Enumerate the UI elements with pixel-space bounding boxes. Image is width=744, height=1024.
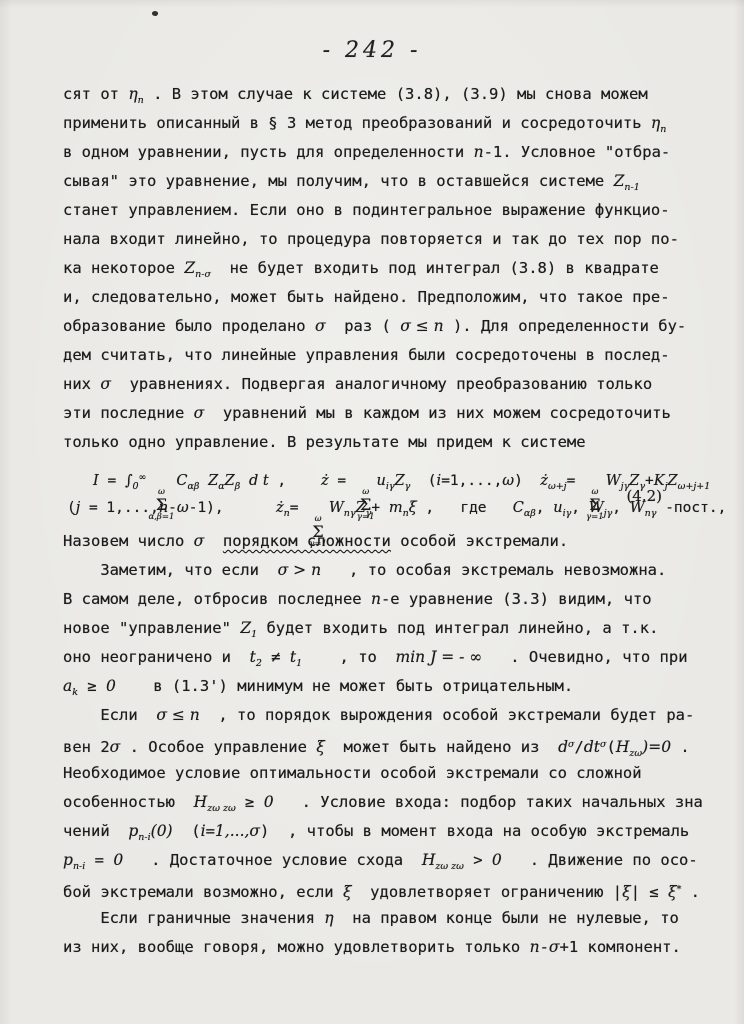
text-line: оно неограничено и t2 ≠ t1 , то min J = … (63, 643, 714, 672)
text-line: и, следовательно, может быть найдено. Пр… (63, 283, 714, 312)
text-line: бой экстремали возможно, если ξ удовлетв… (63, 875, 714, 904)
wavy-line-post: особой экстремали. (391, 532, 568, 550)
text-line: образование было проделано σ раз ( σ ≤ n… (63, 312, 714, 341)
text-line: ak ≥ 0 в (1.3') минимум не может быть от… (63, 672, 714, 701)
text-line: новое "управление" Z1 будет входить под … (63, 614, 714, 643)
text-line-wavy: Назовем число σ порядком сложности особо… (63, 527, 714, 556)
text-line: из них, вообще говоря, можно удовлетвори… (63, 933, 714, 962)
text-line: нала входит линейно, то процедура повтор… (63, 225, 714, 254)
text-line: сят от ηn . В этом случае к системе (3.8… (63, 80, 714, 109)
text-line: Необходимое условие оптимальности особой… (63, 759, 714, 788)
text-line: в одном уравнении, пусть для определенно… (63, 138, 714, 167)
text-line: них σ уравнениях. Подвергая аналогичному… (63, 370, 714, 399)
text-line: применить описанный в § 3 метод преобраз… (63, 109, 714, 138)
text-line: чений pn-i(0) (i=1,...,σ) , чтобы в моме… (63, 817, 714, 846)
text-line: ка некоторое Zn-σ не будет входить под и… (63, 254, 714, 283)
wavy-underlined-term: порядком сложности (223, 532, 391, 550)
text-line: Заметим, что если σ > n , то особая экст… (63, 556, 714, 585)
equation-4-2-block: I = ∫0∞ωΣα,β=1Cαβ ZαZβ d t , ż = ωΣγ=1ui… (63, 457, 714, 527)
text-line: В самом деле, отбросив последнее n-е ура… (63, 585, 714, 614)
text-line: Если граничные значения η на правом конц… (63, 904, 714, 933)
formula-line-2: (j = 1,...,n-ω-1), żn= ωΣγ=1WnγZγ+ mnξ ,… (67, 493, 714, 524)
text-line: эти последние σ уравнений мы в каждом из… (63, 399, 714, 428)
manuscript-text: сят от ηn . В этом случае к системе (3.8… (0, 63, 744, 962)
text-line: особенностью Hzω zω ≥ 0 . Условие входа:… (63, 788, 714, 817)
page-number: - 242 - (0, 0, 744, 63)
text-line: дем считать, что линейные управления был… (63, 341, 714, 370)
text-line: сывая" это уравнение, мы получим, что в … (63, 167, 714, 196)
text-line: Если σ ≤ n , то порядок вырождения особо… (63, 701, 714, 730)
wavy-line-pre: Назовем число σ (63, 532, 223, 550)
text-line: вен 2σ . Особое управление ξ может быть … (63, 730, 714, 759)
text-line: pn-i = 0 . Достаточное условие схода Hzω… (63, 846, 714, 875)
text-line: только одно управление. В результате мы … (63, 428, 714, 457)
page-sheet: - 242 - сят от ηn . В этом случае к сист… (0, 0, 744, 1024)
equation-number: (4.2) (626, 484, 662, 508)
text-line: станет управлением. Если оно в подинтегр… (63, 196, 714, 225)
formula-line-1: I = ∫0∞ωΣα,β=1Cαβ ZαZβ d t , ż = ωΣγ=1ui… (93, 462, 714, 493)
